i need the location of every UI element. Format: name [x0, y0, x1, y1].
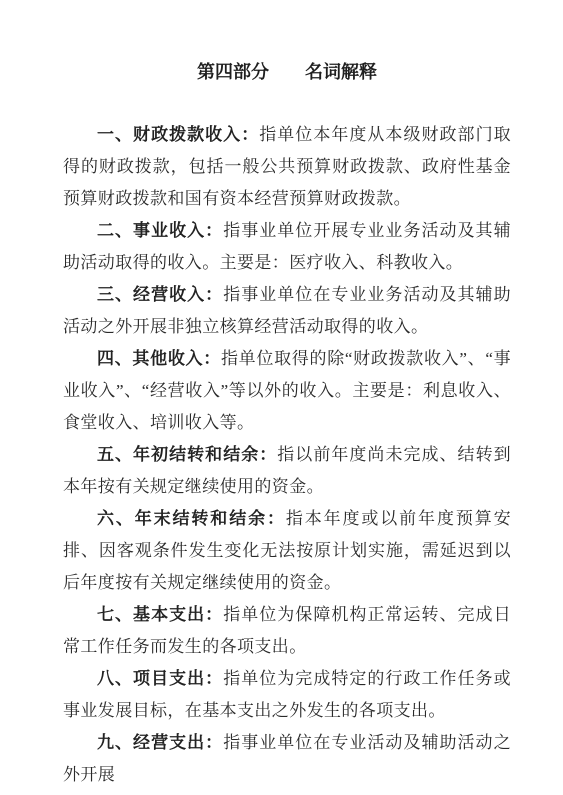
- term-label: 六、年末结转和结余：: [97, 509, 286, 528]
- definition-paragraph-8: 八、项目支出：指单位为完成特定的行政工作任务或事业发展目标，在基本支出之外发生的…: [63, 663, 511, 727]
- term-label: 九、经营支出：: [97, 733, 223, 752]
- term-label: 一、财政拨款收入：: [97, 125, 259, 144]
- definition-paragraph-1: 一、财政拨款收入：指单位本年度从本级财政部门取得的财政拨款，包括一般公共预算财政…: [63, 119, 511, 215]
- term-label: 五、年初结转和结余：: [97, 445, 277, 464]
- term-label: 四、其他收入：: [97, 349, 221, 368]
- term-label: 七、基本支出：: [97, 605, 223, 624]
- term-label: 三、经营收入：: [97, 285, 223, 304]
- page-title: 第四部分 名词解释: [63, 62, 511, 82]
- definition-paragraph-2: 二、事业收入：指事业单位开展专业业务活动及其辅助活动取得的收入。主要是：医疗收入…: [63, 215, 511, 279]
- term-label: 八、项目支出：: [97, 669, 223, 688]
- document-page: 第四部分 名词解释 一、财政拨款收入：指单位本年度从本级财政部门取得的财政拨款，…: [0, 0, 563, 795]
- definition-paragraph-9: 九、经营支出：指事业单位在专业活动及辅助活动之外开展: [63, 727, 511, 791]
- definition-paragraph-3: 三、经营收入：指事业单位在专业业务活动及其辅助活动之外开展非独立核算经营活动取得…: [63, 279, 511, 343]
- definition-paragraph-7: 七、基本支出：指单位为保障机构正常运转、完成日常工作任务而发生的各项支出。: [63, 599, 511, 663]
- definition-paragraph-5: 五、年初结转和结余：指以前年度尚未完成、结转到本年按有关规定继续使用的资金。: [63, 439, 511, 503]
- definition-paragraph-4: 四、其他收入：指单位取得的除“财政拨款收入”、“事业收入”、“经营收入”等以外的…: [63, 343, 511, 439]
- document-body: 一、财政拨款收入：指单位本年度从本级财政部门取得的财政拨款，包括一般公共预算财政…: [63, 119, 511, 791]
- term-label: 二、事业收入：: [97, 221, 223, 240]
- definition-paragraph-6: 六、年末结转和结余：指本年度或以前年度预算安排、因客观条件发生变化无法按原计划实…: [63, 503, 511, 599]
